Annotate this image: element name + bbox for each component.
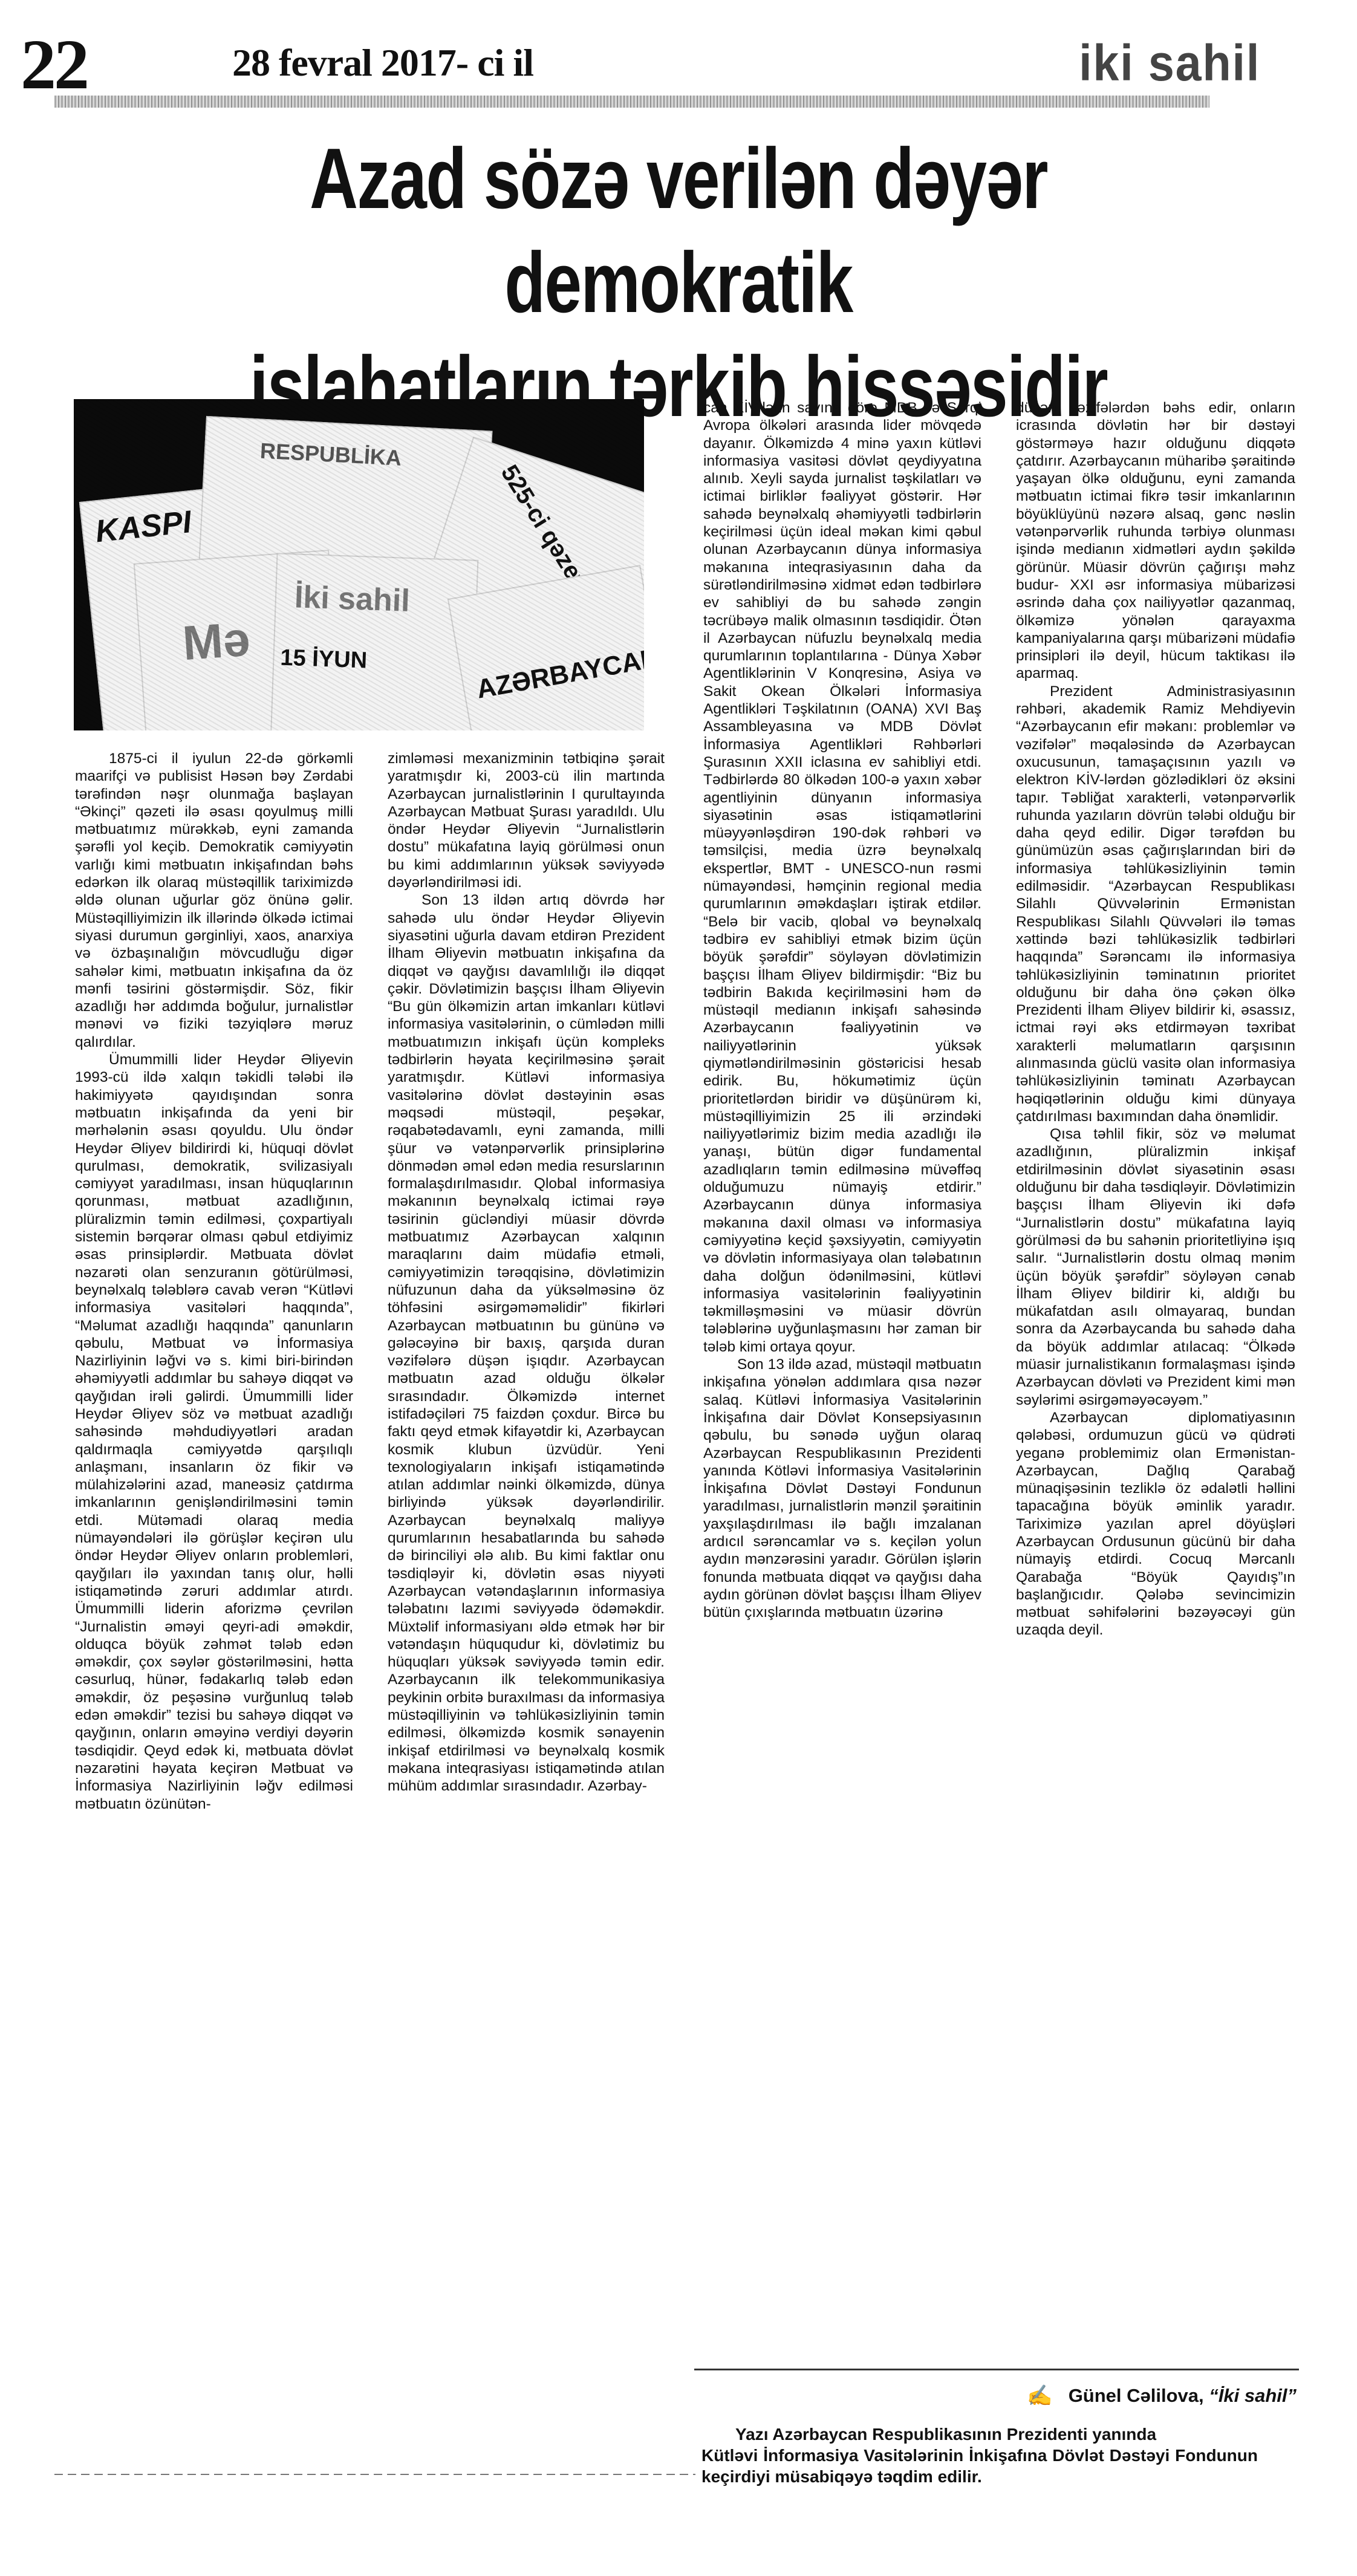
column-end-divider — [54, 2474, 695, 2475]
contest-note: Yazı Azərbaycan Respublikasının Preziden… — [701, 2424, 1258, 2487]
paragraph: 1875-ci il iyulun 22-də görkəmli maarifç… — [75, 750, 353, 1051]
paragraph: Prezident Administrasiyasının rəhbəri, a… — [1016, 683, 1295, 1125]
contest-note-line-2: Kütləvi İnformasiya Vasitələrinin İnkişa… — [701, 2445, 1258, 2487]
paragraph: Son 13 ildə azad, müstəqil mətbuatın ink… — [703, 1356, 981, 1621]
paragraph: zimləməsi mexanizminin tətbiqinə şərait … — [388, 750, 665, 891]
page-number: 22 — [21, 29, 87, 100]
masthead-logo: iki sahil — [1079, 37, 1260, 88]
headline-line-1: Azad sözə verilən dəyər demokratik — [310, 131, 1047, 331]
byline: ✍ Günel Cəlilova, “İki sahil” — [1027, 2384, 1297, 2408]
article-column-2: zimləməsi mexanizminin tətbiqinə şərait … — [388, 750, 665, 1795]
paragraph: Son 13 ildən artıq dövrdə hər sahədə ulu… — [388, 891, 665, 1795]
header-divider — [54, 96, 1209, 108]
byline-divider — [694, 2369, 1299, 2370]
paper-iki-sahil: İki sahil 15 İYUN — [270, 553, 479, 730]
paragraph: Ümummilli lider Heydər Əliyevin 1993-cü … — [75, 1051, 353, 1813]
paragraph: düşən vəzifələrdən bəhs edir, onların ic… — [1016, 399, 1295, 683]
paragraph: can KİV-lərin sayına görə MDB və Şərqi A… — [703, 399, 981, 1356]
pen-icon: ✍ — [1027, 2384, 1052, 2408]
article-column-4: düşən vəzifələrdən bəhs edir, onların ic… — [1016, 399, 1295, 1639]
article-column-1: 1875-ci il iyulun 22-də görkəmli maarifç… — [75, 750, 353, 1813]
article-column-3: can KİV-lərin sayına görə MDB və Şərqi A… — [703, 399, 981, 1621]
article-headline: Azad sözə verilən dəyər demokratik islah… — [178, 127, 1180, 439]
author-name: Günel Cəlilova, — [1069, 2385, 1204, 2406]
newspapers-photo: KASPI RESPUBLİKA 525-ci qəzet Mə İki sah… — [74, 399, 644, 730]
contest-note-line-1: Yazı Azərbaycan Respublikasının Preziden… — [701, 2424, 1258, 2445]
author-publication: “İki sahil” — [1209, 2385, 1297, 2406]
issue-date: 28 fevral 2017- ci il — [232, 44, 533, 82]
paragraph: Qısa təhlil fikir, söz və məlumat azadlı… — [1016, 1125, 1295, 1409]
paragraph: Azərbaycan diplomatiyasının qələbəsi, or… — [1016, 1409, 1295, 1639]
